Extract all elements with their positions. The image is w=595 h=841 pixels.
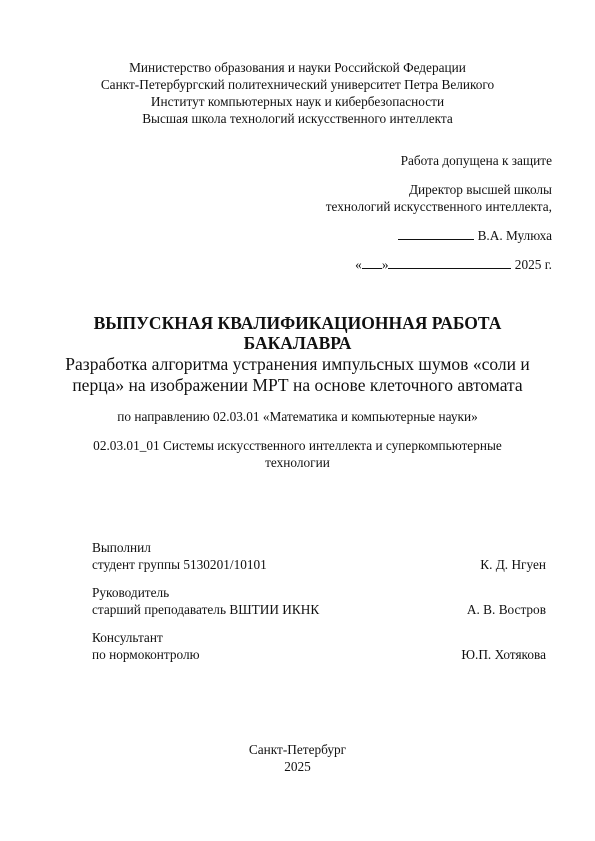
date-open-quote: «	[355, 257, 362, 272]
approval-position: Директор высшей школы технологий искусст…	[326, 181, 552, 215]
month-blank	[388, 257, 511, 269]
signature-role: Выполнил	[92, 539, 546, 556]
approval-admitted: Работа допущена к защите	[401, 152, 552, 169]
signature-detail: студент группы 5130201/10101	[92, 556, 546, 573]
signature-student: Выполнил студент группы 5130201/10101 К.…	[92, 539, 546, 573]
profile-line2: технологии	[0, 454, 595, 471]
day-blank	[362, 257, 382, 269]
signature-name: А. В. Востров	[467, 601, 546, 618]
header-line-institute: Институт компьютерных наук и кибербезопа…	[0, 93, 595, 110]
director-signature-line: В.А. Мулюха	[398, 227, 552, 244]
footer: Санкт-Петербург 2025	[0, 741, 595, 775]
work-type-title: ВЫПУСКНАЯ КВАЛИФИКАЦИОННАЯ РАБОТА БАКАЛА…	[0, 313, 595, 353]
header-line-ministry: Министерство образования и науки Российс…	[0, 59, 595, 76]
work-type-line2: БАКАЛАВРА	[0, 333, 595, 353]
work-type-line1: ВЫПУСКНАЯ КВАЛИФИКАЦИОННАЯ РАБОТА	[0, 313, 595, 333]
signature-blank	[398, 228, 474, 240]
topic-title: Разработка алгоритма устранения импульсн…	[0, 354, 595, 396]
footer-year: 2025	[0, 758, 595, 775]
approval-position-line1: Директор высшей школы	[326, 181, 552, 198]
approval-position-line2: технологий искусственного интеллекта,	[326, 198, 552, 215]
signature-consultant: Консультант по нормоконтролю Ю.П. Хотяко…	[92, 629, 546, 663]
footer-city: Санкт-Петербург	[0, 741, 595, 758]
topic-line1: Разработка алгоритма устранения импульсн…	[0, 354, 595, 375]
director-name: В.А. Мулюха	[478, 228, 552, 243]
date-year: 2025 г.	[515, 257, 552, 272]
date-close-quote: »	[382, 257, 389, 272]
topic-line2: перца» на изображении МРТ на основе клет…	[0, 375, 595, 396]
ministry-header: Министерство образования и науки Российс…	[0, 59, 595, 127]
signature-name: К. Д. Нгуен	[480, 556, 546, 573]
signature-role: Руководитель	[92, 584, 546, 601]
profile-line1: 02.03.01_01 Системы искусственного интел…	[0, 437, 595, 454]
header-line-university: Санкт-Петербургский политехнический унив…	[0, 76, 595, 93]
signature-role: Консультант	[92, 629, 546, 646]
signature-name: Ю.П. Хотякова	[461, 646, 546, 663]
signature-supervisor: Руководитель старший преподаватель ВШТИИ…	[92, 584, 546, 618]
profile-text: 02.03.01_01 Системы искусственного интел…	[0, 437, 595, 471]
header-line-school: Высшая школа технологий искусственного и…	[0, 110, 595, 127]
approval-date-line: «» 2025 г.	[355, 256, 552, 273]
direction-text: по направлению 02.03.01 «Математика и ко…	[0, 408, 595, 425]
